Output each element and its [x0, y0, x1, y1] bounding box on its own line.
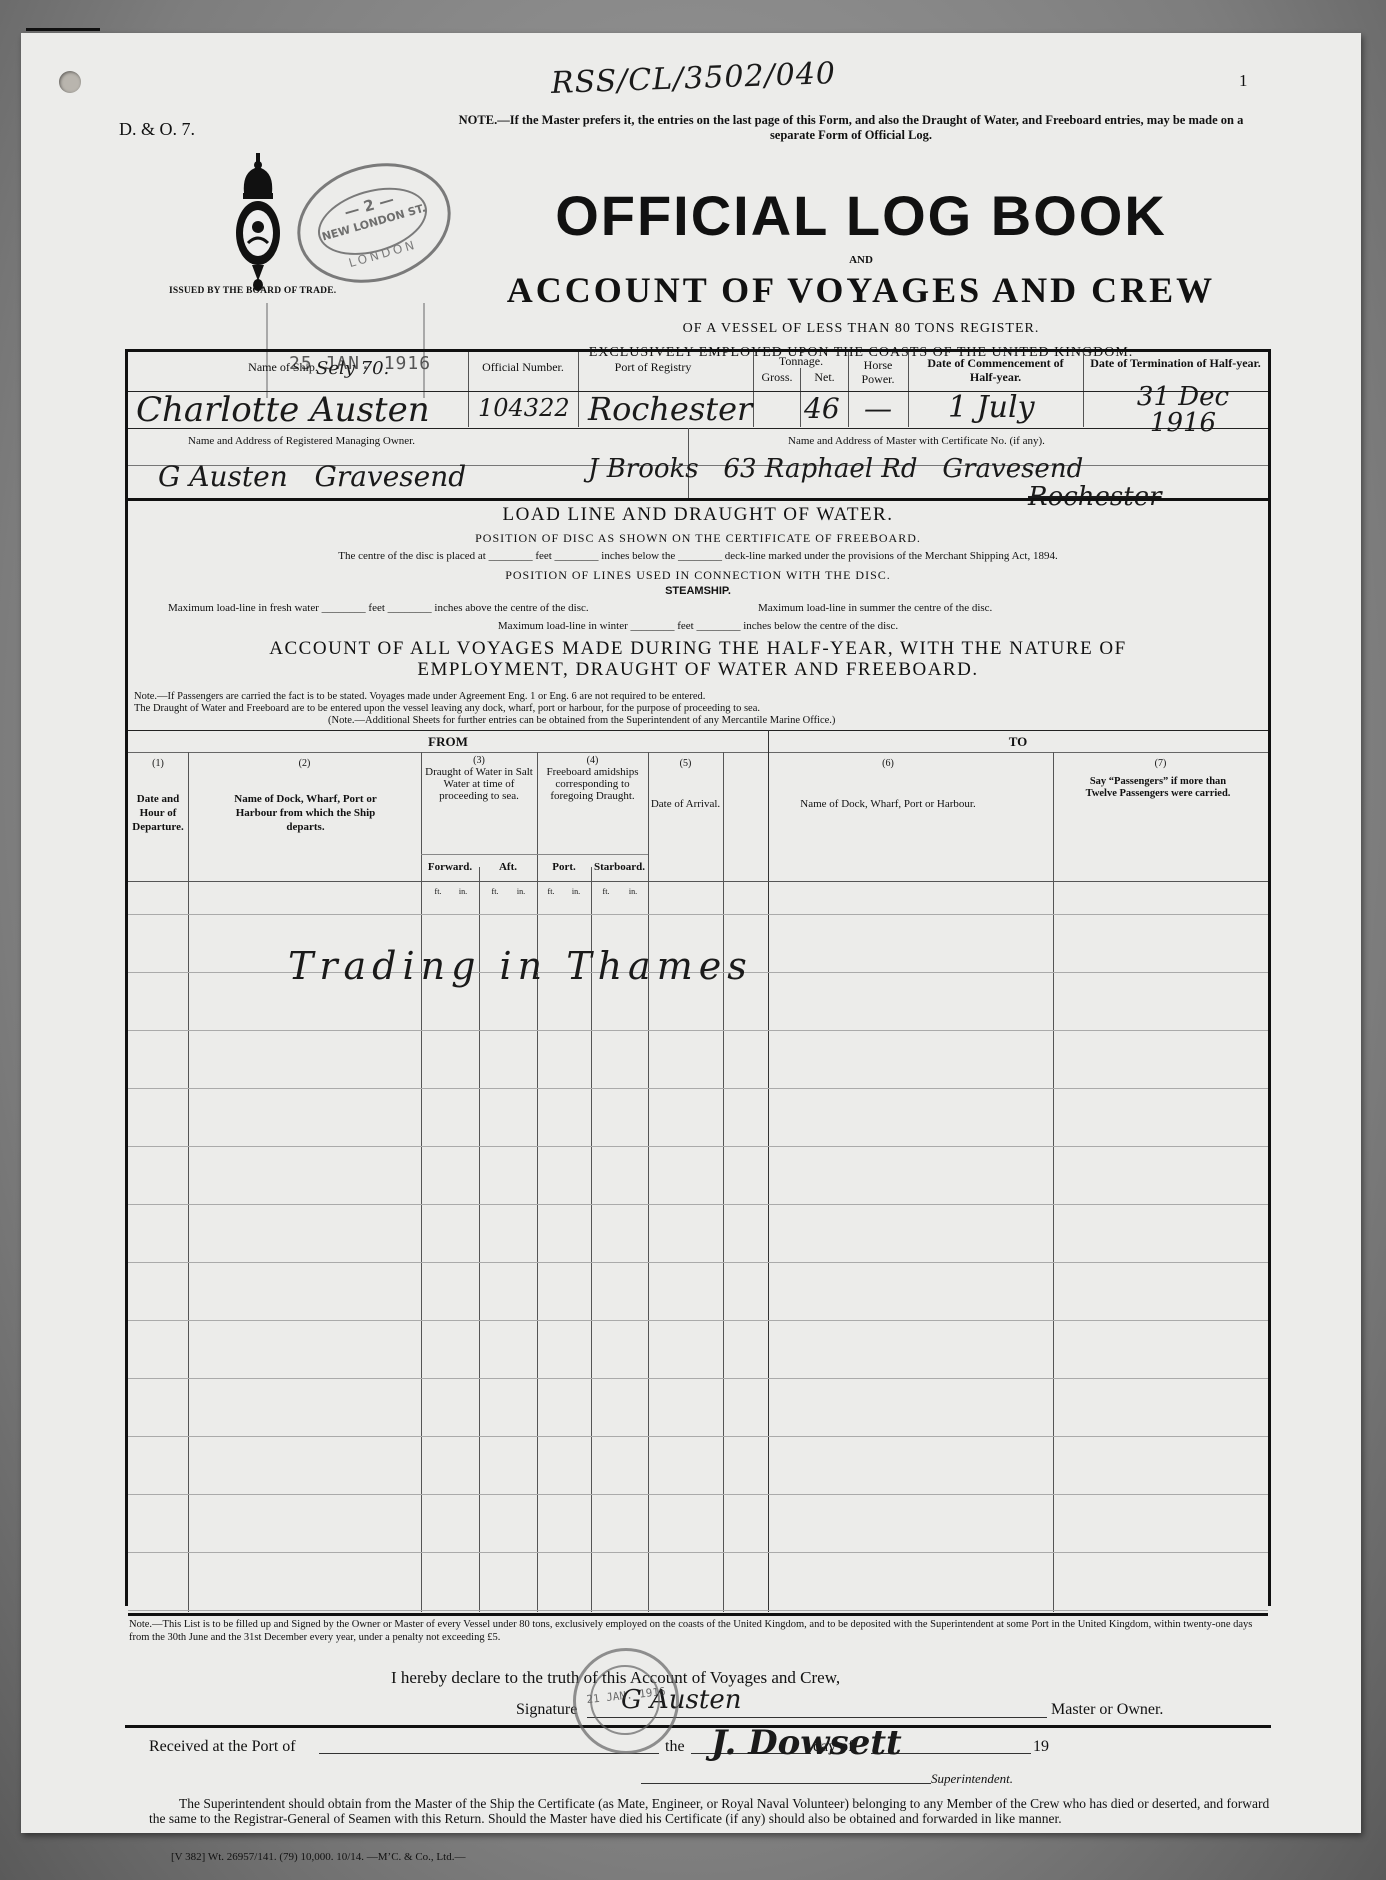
header-port-of-registry: Port of Registry — [583, 360, 723, 374]
unit-in: in. — [453, 885, 473, 899]
ruled-line — [128, 1494, 1268, 1495]
header-master: Name and Address of Master with Certific… — [788, 434, 1208, 448]
group-from: FROM — [128, 735, 768, 749]
subcol-forward: Forward. — [421, 860, 479, 874]
ruled-line — [128, 1320, 1268, 1321]
punch-hole — [59, 71, 81, 93]
load-line-title: LOAD LINE AND DRAUGHT OF WATER. — [128, 504, 1268, 526]
divider — [125, 1725, 1271, 1728]
account-note-1: Note.—If Passengers are carried the fact… — [134, 691, 705, 702]
ruled-line — [128, 1262, 1268, 1263]
superintendent-instruction: The Superintendent should obtain from th… — [149, 1796, 1274, 1826]
col7-num: (7) — [1053, 757, 1268, 771]
header-net: Net. — [801, 370, 848, 384]
unit-ft: ft. — [485, 885, 505, 899]
col1-num: (1) — [128, 757, 188, 771]
col5-label: Date of Arrival. — [648, 797, 723, 811]
ruled-line — [128, 1552, 1268, 1553]
subcol-starboard: Starboard. — [591, 860, 648, 874]
fresh-water-line: Maximum load-line in fresh water _______… — [168, 602, 589, 614]
divider — [128, 428, 1268, 429]
col2-label: Name of Dock, Wharf, Port or Harbour fro… — [218, 792, 393, 834]
horse-power-value: — — [864, 392, 892, 425]
top-note: NOTE.—If the Master prefers it, the entr… — [441, 113, 1261, 143]
divider — [128, 752, 1268, 753]
title-official-log-book: OFFICIAL LOG BOOK — [461, 183, 1261, 248]
account-note-2: The Draught of Water and Freeboard are t… — [134, 703, 760, 714]
unit-in: in. — [566, 885, 586, 899]
royal-crest-icon — [234, 153, 282, 301]
received-at-port-label: Received at the Port of — [149, 1738, 296, 1756]
account-note-3: (Note.—Additional Sheets for further ent… — [328, 715, 835, 726]
voyage-entry: Trading in Thames — [288, 944, 753, 988]
log-book-page: RSS/CL/3502/040 1 D. & O. 7. NOTE.—If th… — [21, 33, 1361, 1833]
col1-label: Date and Hour of Departure. — [128, 792, 188, 834]
page-number: 1 — [1239, 71, 1248, 91]
steamship-label: STEAMSHIP. — [128, 585, 1268, 597]
master-or-owner-label: Master or Owner. — [1051, 1701, 1163, 1719]
master-value: J Brooks 63 Raphael Rd Gravesend — [588, 454, 1083, 484]
divider — [128, 881, 1268, 882]
ruled-line — [128, 1204, 1268, 1205]
account-heading-1: ACCOUNT OF ALL VOYAGES MADE DURING THE H… — [128, 638, 1268, 660]
divider — [128, 498, 1268, 501]
unit-ft: ft. — [596, 885, 616, 899]
disc-heading: POSITION OF DISC AS SHOWN ON THE CERTIFI… — [128, 531, 1268, 546]
subcol-aft: Aft. — [479, 860, 537, 874]
port-of-registry-value: Rochester — [588, 390, 752, 428]
ship-name-annotation: Sely 70. — [316, 358, 389, 379]
divider — [578, 352, 579, 427]
ruled-line — [128, 1030, 1268, 1031]
divider — [128, 1613, 1268, 1616]
scan-edge-mark — [26, 28, 100, 31]
ruled-line — [128, 1378, 1268, 1379]
col3-label: Draught of Water in Salt Water at time o… — [423, 766, 535, 802]
printer-line: [V 382] Wt. 26957/141. (79) 10,000. 10/1… — [171, 1851, 465, 1864]
ruled-line — [128, 1610, 1268, 1611]
title-account: ACCOUNT OF VOYAGES AND CREW — [461, 269, 1261, 311]
commencement-value: 1 July — [948, 390, 1035, 425]
account-heading-2: EMPLOYMENT, DRAUGHT OF WATER AND FREEBOA… — [128, 659, 1268, 681]
archive-reference: RSS/CL/3502/040 — [550, 56, 836, 101]
owner-value: G Austen Gravesend — [158, 460, 466, 493]
mercantile-office-stamp: 21 JAN. 1916 — [573, 1648, 679, 1754]
net-tonnage-value: 46 — [804, 392, 840, 425]
col4-label: Freeboard amidships corresponding to for… — [537, 766, 648, 802]
port-line — [319, 1753, 659, 1754]
form-code: D. & O. 7. — [119, 119, 195, 140]
divider — [1083, 352, 1084, 427]
header-commencement: Date of Commencement of Half-year. — [913, 356, 1078, 384]
divider — [908, 352, 909, 427]
unit-in: in. — [511, 885, 531, 899]
divider — [128, 730, 1268, 731]
group-to: TO — [768, 735, 1268, 749]
superintendent-label: Superintendent. — [931, 1771, 1013, 1787]
header-horse-power: Horse Power. — [849, 358, 907, 386]
header-owner: Name and Address of Registered Managing … — [188, 434, 588, 448]
winter-line: Maximum load-line in winter ________ fee… — [128, 620, 1268, 632]
ruled-line — [128, 1436, 1268, 1437]
header-gross: Gross. — [754, 370, 800, 384]
col6-label: Name of Dock, Wharf, Port or Harbour. — [748, 797, 1028, 811]
divider — [421, 854, 648, 855]
unit-ft: ft. — [428, 885, 448, 899]
col6-num: (6) — [723, 757, 1053, 771]
office-oval-stamp: — 2 — NEW LONDON ST. LONDON — [283, 146, 465, 301]
year-prefix: 19 — [1033, 1738, 1049, 1756]
col2-num: (2) — [188, 757, 421, 771]
superintendent-signature: J. Dowsett — [711, 1723, 902, 1763]
ruled-line — [128, 914, 1268, 915]
official-number-value: 104322 — [478, 394, 570, 422]
ruled-line — [128, 1146, 1268, 1147]
col5-num: (5) — [648, 757, 723, 771]
subtitle-vessel: OF A VESSEL OF LESS THAN 80 TONS REGISTE… — [461, 321, 1261, 337]
header-termination: Date of Termination of Half-year. — [1088, 356, 1263, 370]
ship-name-value: Charlotte Austen — [136, 390, 430, 430]
lines-heading: POSITION OF LINES USED IN CONNECTION WIT… — [128, 568, 1268, 583]
header-official-number: Official Number. — [473, 360, 573, 374]
the-label: the — [665, 1738, 685, 1756]
title-and: AND — [461, 254, 1261, 266]
divider — [468, 352, 469, 427]
unit-in: in. — [623, 885, 643, 899]
superintendent-line — [641, 1783, 931, 1784]
unit-ft: ft. — [541, 885, 561, 899]
disc-line: The centre of the disc is placed at ____… — [128, 550, 1268, 562]
issued-by: ISSUED BY THE BOARD OF TRADE. — [169, 286, 336, 296]
subcol-port: Port. — [537, 860, 591, 874]
header-tonnage: Tonnage. — [754, 354, 848, 368]
signature-label: Signature — [516, 1701, 577, 1719]
form-frame: Name of Ship. Official Number. Port of R… — [125, 349, 1271, 1606]
from-to-divider — [768, 730, 769, 1612]
summer-line: Maximum load-line in summer the centre o… — [758, 602, 992, 614]
col7-label: Say “Passengers” if more than Twelve Pas… — [1083, 776, 1233, 800]
footer-note: Note.—This List is to be filled up and S… — [129, 1618, 1259, 1644]
ruled-line — [128, 1088, 1268, 1089]
